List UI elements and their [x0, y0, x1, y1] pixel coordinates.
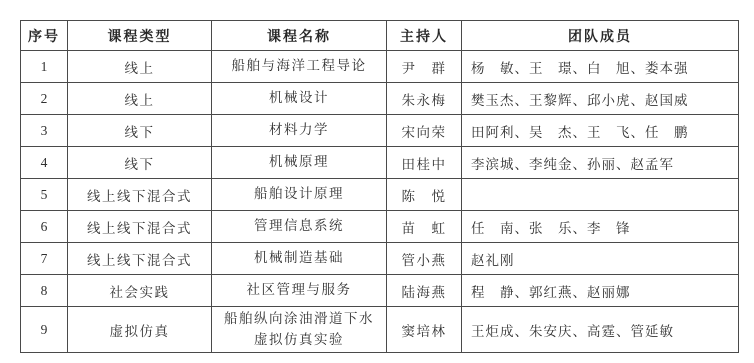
- cell-index: 7: [21, 243, 68, 275]
- cell-team-members: 樊玉杰、王黎辉、邱小虎、赵国威: [462, 83, 739, 115]
- cell-team-members: 杨 敏、王 璟、白 旭、娄本强: [462, 51, 739, 83]
- cell-team-members: 李滨城、李纯金、孙丽、赵孟军: [462, 147, 739, 179]
- cell-host: 窦培林: [387, 307, 462, 353]
- cell-index: 1: [21, 51, 68, 83]
- cell-index: 8: [21, 275, 68, 307]
- cell-team-members: 赵礼刚: [462, 243, 739, 275]
- cell-course-name: 机械设计: [212, 83, 387, 115]
- cell-index: 6: [21, 211, 68, 243]
- cell-team-members: [462, 179, 739, 211]
- col-header-index: 序号: [21, 21, 68, 51]
- cell-course-type: 线下: [68, 115, 212, 147]
- cell-host: 苗 虹: [387, 211, 462, 243]
- table-body: 1 线上 船舶与海洋工程导论 尹 群 杨 敏、王 璟、白 旭、娄本强 2 线上 …: [21, 51, 739, 353]
- table-row: 9 虚拟仿真 船舶纵向涂油滑道下水 虚拟仿真实验 窦培林 王炬成、朱安庆、高霆、…: [21, 307, 739, 353]
- cell-index: 9: [21, 307, 68, 353]
- cell-index: 4: [21, 147, 68, 179]
- cell-course-name: 材料力学: [212, 115, 387, 147]
- cell-course-name: 机械制造基础: [212, 243, 387, 275]
- cell-host: 管小燕: [387, 243, 462, 275]
- cell-course-type: 线上线下混合式: [68, 211, 212, 243]
- table-row: 5 线上线下混合式 船舶设计原理 陈 悦: [21, 179, 739, 211]
- cell-host: 朱永梅: [387, 83, 462, 115]
- cell-course-type: 线下: [68, 147, 212, 179]
- cell-course-type: 线上: [68, 83, 212, 115]
- table-header: 序号 课程类型 课程名称 主持人 团队成员: [21, 21, 739, 51]
- cell-course-name: 船舶与海洋工程导论: [212, 51, 387, 83]
- table-row: 1 线上 船舶与海洋工程导论 尹 群 杨 敏、王 璟、白 旭、娄本强: [21, 51, 739, 83]
- table-row: 7 线上线下混合式 机械制造基础 管小燕 赵礼刚: [21, 243, 739, 275]
- cell-team-members: 田阿利、吴 杰、王 飞、任 鹏: [462, 115, 739, 147]
- cell-host: 尹 群: [387, 51, 462, 83]
- cell-course-type: 线上: [68, 51, 212, 83]
- cell-host: 陆海燕: [387, 275, 462, 307]
- course-table: 序号 课程类型 课程名称 主持人 团队成员 1 线上 船舶与海洋工程导论 尹 群…: [20, 20, 739, 353]
- cell-course-type: 线上线下混合式: [68, 243, 212, 275]
- cell-course-type: 社会实践: [68, 275, 212, 307]
- cell-index: 5: [21, 179, 68, 211]
- cell-team-members: 王炬成、朱安庆、高霆、管延敏: [462, 307, 739, 353]
- cell-host: 田桂中: [387, 147, 462, 179]
- col-header-course-type: 课程类型: [68, 21, 212, 51]
- cell-index: 3: [21, 115, 68, 147]
- cell-host: 宋向荣: [387, 115, 462, 147]
- header-row: 序号 课程类型 课程名称 主持人 团队成员: [21, 21, 739, 51]
- cell-course-type: 虚拟仿真: [68, 307, 212, 353]
- cell-course-name: 管理信息系统: [212, 211, 387, 243]
- cell-course-name: 船舶设计原理: [212, 179, 387, 211]
- table-row: 3 线下 材料力学 宋向荣 田阿利、吴 杰、王 飞、任 鹏: [21, 115, 739, 147]
- table-row: 2 线上 机械设计 朱永梅 樊玉杰、王黎辉、邱小虎、赵国威: [21, 83, 739, 115]
- document-page: 序号 课程类型 课程名称 主持人 团队成员 1 线上 船舶与海洋工程导论 尹 群…: [20, 20, 738, 353]
- cell-course-name: 社区管理与服务: [212, 275, 387, 307]
- table-row: 8 社会实践 社区管理与服务 陆海燕 程 静、郭红燕、赵丽娜: [21, 275, 739, 307]
- cell-course-name: 机械原理: [212, 147, 387, 179]
- col-header-course-name: 课程名称: [212, 21, 387, 51]
- cell-team-members: 程 静、郭红燕、赵丽娜: [462, 275, 739, 307]
- cell-team-members: 任 南、张 乐、李 锋: [462, 211, 739, 243]
- table-row: 6 线上线下混合式 管理信息系统 苗 虹 任 南、张 乐、李 锋: [21, 211, 739, 243]
- cell-course-name: 船舶纵向涂油滑道下水 虚拟仿真实验: [212, 307, 387, 353]
- col-header-team-members: 团队成员: [462, 21, 739, 51]
- col-header-host: 主持人: [387, 21, 462, 51]
- cell-index: 2: [21, 83, 68, 115]
- cell-host: 陈 悦: [387, 179, 462, 211]
- table-row: 4 线下 机械原理 田桂中 李滨城、李纯金、孙丽、赵孟军: [21, 147, 739, 179]
- cell-course-type: 线上线下混合式: [68, 179, 212, 211]
